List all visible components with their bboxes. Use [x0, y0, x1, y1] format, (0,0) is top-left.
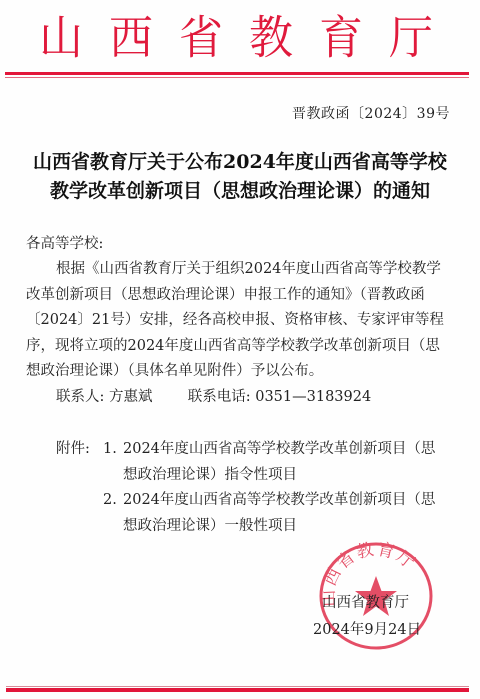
title-line-1: 山西省教育厅关于公布2024年度山西省高等学校: [30, 148, 450, 177]
contact-phone-label: 联系电话:: [188, 389, 251, 405]
attachment-number: 1.: [103, 437, 123, 488]
document-title: 山西省教育厅关于公布2024年度山西省高等学校 教学改革创新项目（思想政治理论课…: [30, 148, 450, 206]
body-line: 〔2024〕21号）安排，经各高校申报、资格审核、专家评审等程: [26, 308, 456, 334]
attachment-title-cont: 想政治理论课）一般性项目: [123, 514, 435, 540]
masthead-char: 教: [246, 13, 296, 66]
signature-date: 2024年9月24日: [313, 618, 421, 639]
document-number: 晋教政函〔2024〕39号: [292, 103, 450, 123]
contact-info: 联系人: 方惠斌 联系电话: 0351—3183924: [56, 385, 371, 410]
body-line: 序，现将立项的2024年度山西省高等学校教学改革创新项目（思: [26, 334, 456, 360]
attachment-title-cont: 想政治理论课）指令性项目: [123, 463, 435, 489]
masthead-char: 育: [316, 13, 366, 66]
masthead-char: 省: [176, 13, 226, 66]
body-line: 想政治理论课）（具体名单见附件）予以公布。: [26, 359, 456, 385]
masthead-char: 西: [106, 13, 156, 66]
attachment-number: 2.: [103, 488, 123, 539]
salutation: 各高等学校:: [26, 232, 456, 258]
attachments-label: 附件:: [56, 437, 103, 488]
attachment-title: 2024年度山西省高等学校教学改革创新项目（思: [123, 437, 435, 463]
footer-rule-thin: [6, 686, 469, 687]
body-paragraph: 根据《山西省教育厅关于组织2024年度山西省高等学校教学 改革创新项目（思想政治…: [26, 257, 456, 385]
attachment-title: 2024年度山西省高等学校教学改革创新项目（思: [123, 488, 435, 514]
attachment-item: 附件: 1. 2024年度山西省高等学校教学改革创新项目（思 想政治理论课）指令…: [56, 437, 435, 488]
document-page: 山 西 省 教 育 厅 晋教政函〔2024〕39号 山西省教育厅关于公布2024…: [0, 0, 480, 699]
title-line-2: 教学改革创新项目（思想政治理论课）的通知: [30, 177, 450, 206]
contact-person-label: 联系人:: [56, 389, 104, 405]
contact-person-name: 方惠斌: [109, 389, 153, 405]
body-line: 根据《山西省教育厅关于组织2024年度山西省高等学校教学: [26, 257, 456, 283]
masthead-rule-thick: [5, 72, 469, 75]
contact-phone: 0351—3183924: [255, 389, 371, 405]
masthead-title: 山 西 省 教 育 厅: [36, 14, 436, 64]
masthead-char: 山: [36, 13, 86, 66]
attachments-list: 附件: 1. 2024年度山西省高等学校教学改革创新项目（思 想政治理论课）指令…: [56, 437, 435, 539]
masthead-char: 厅: [386, 13, 436, 66]
masthead-rule-thin: [5, 77, 469, 78]
signature-organization: 山西省教育厅: [322, 591, 409, 612]
body-line: 改革创新项目（思想政治理论课）申报工作的通知》（晋教政函: [26, 283, 456, 309]
attachment-item: 2. 2024年度山西省高等学校教学改革创新项目（思 想政治理论课）一般性项目: [56, 488, 435, 539]
footer-rule-thick: [6, 688, 469, 692]
